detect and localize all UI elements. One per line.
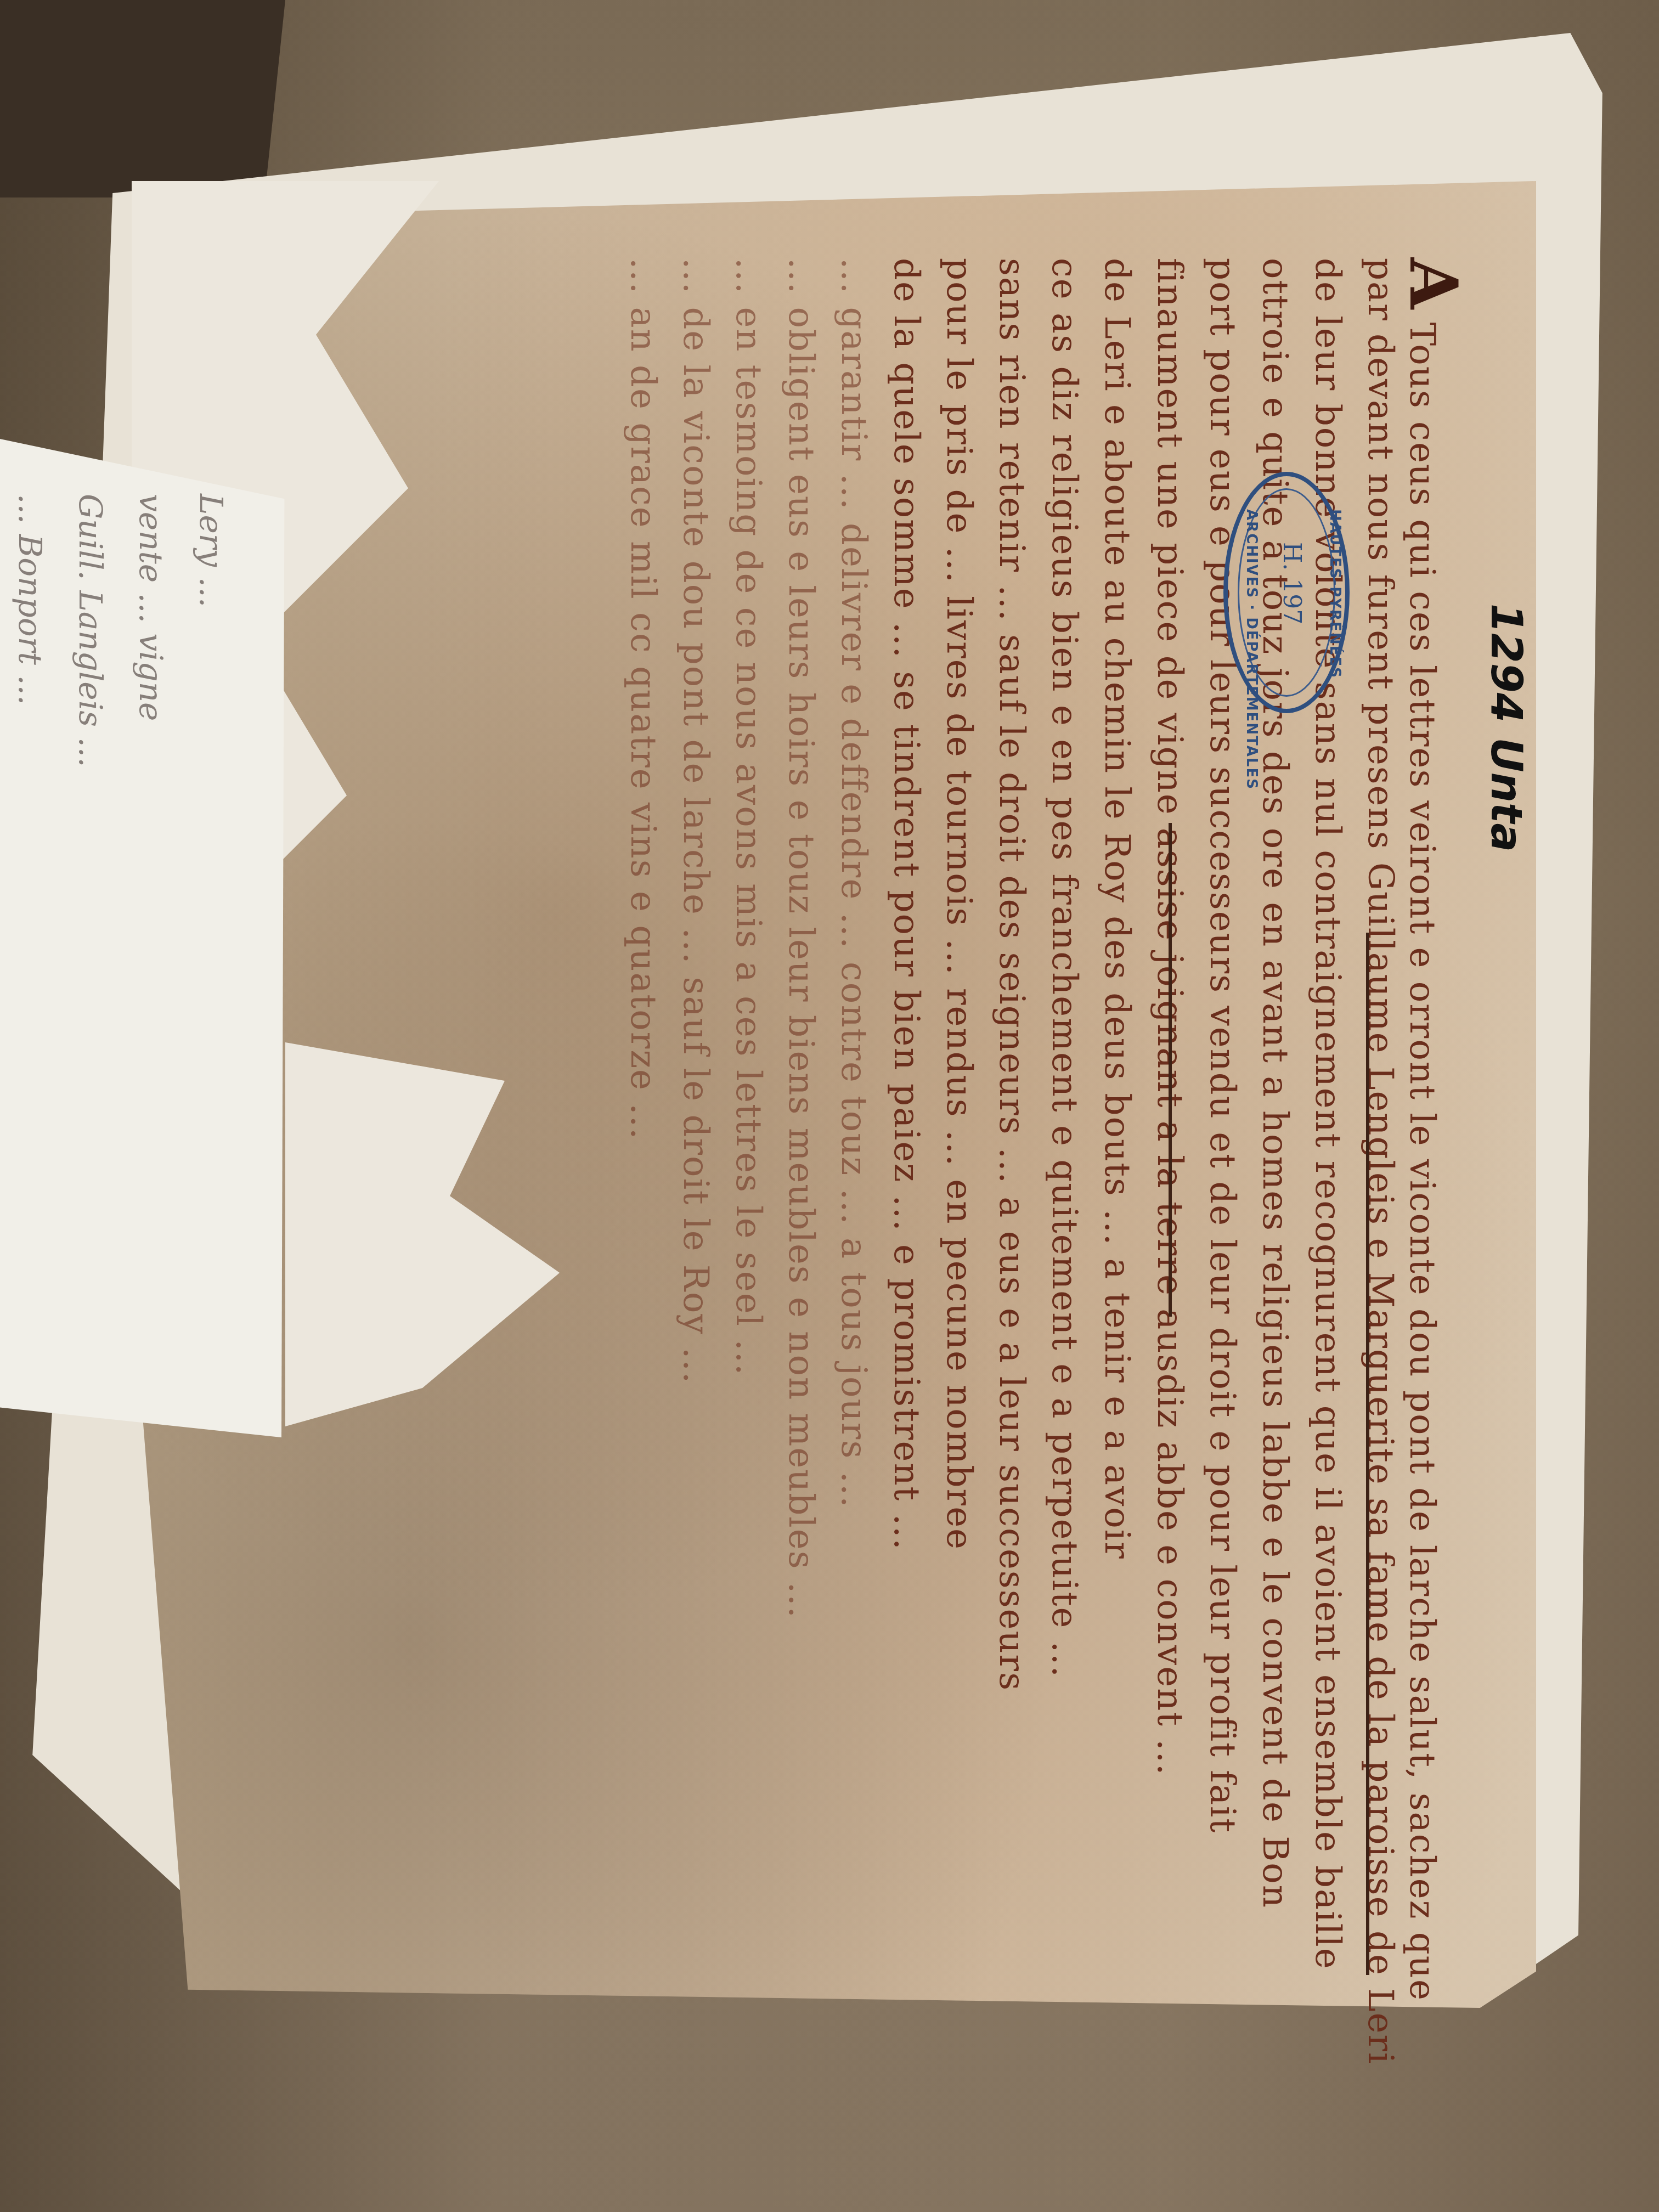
charter-line: ce as diz religieus bien e en pes franch… xyxy=(1038,258,1091,1931)
charter-line: de la quele somme ... se tindrent pour b… xyxy=(880,258,933,1931)
charter-line: par devant nous furent presens Guillaume… xyxy=(1354,258,1407,1931)
shadow-corner xyxy=(0,0,285,198)
archive-stamp: ARCHIVES · DÉPARTEMENTALES H. 197 HAUTES… xyxy=(1223,472,1350,713)
charter-line: ... an de grace mil cc quatre vins e qua… xyxy=(617,258,669,1931)
charter-line: ... garantir ... delivrer e deffendre ..… xyxy=(827,258,880,1931)
slip-line: Guill. Langleis ... xyxy=(60,494,121,768)
slip-line: ... Bonport ... xyxy=(0,494,60,768)
underline-rule xyxy=(1366,933,1369,1975)
charter-line: ... de la viconte dou pont de larche ...… xyxy=(669,258,722,1931)
underline-rule xyxy=(1169,823,1172,1317)
stamp-code: H. 197 xyxy=(1278,542,1306,624)
stamp-ring-text: HAUTES-PYRÉNÉES xyxy=(1327,509,1343,679)
slip-line: Lery ... xyxy=(181,494,241,768)
charter-line: A Tous ceus qui ces lettres veiront e or… xyxy=(1407,258,1459,1931)
charter-line: de Leri e aboute au chemin le Roy des de… xyxy=(1091,258,1143,1931)
stamp-ring-text: ARCHIVES · DÉPARTEMENTALES xyxy=(1243,509,1260,790)
charter-line: sans rien retenir ... sauf le droit des … xyxy=(985,258,1038,1931)
line-text: Tous ceus qui ces lettres veiront e orro… xyxy=(1402,322,1442,2001)
date-annotation: 1294 Unta xyxy=(1481,603,1531,852)
charter-line: pour le pris de ... livres de tournois .… xyxy=(933,258,985,1931)
charter-line: ... obligent eus e leurs hoirs e touz le… xyxy=(775,258,827,1931)
charter-line: ... en tesmoing de ce nous avons mis a c… xyxy=(722,258,775,1931)
slip-line: vente ... vigne xyxy=(121,494,181,768)
slip-text: Lery ... vente ... vigne Guill. Langleis… xyxy=(0,494,241,768)
